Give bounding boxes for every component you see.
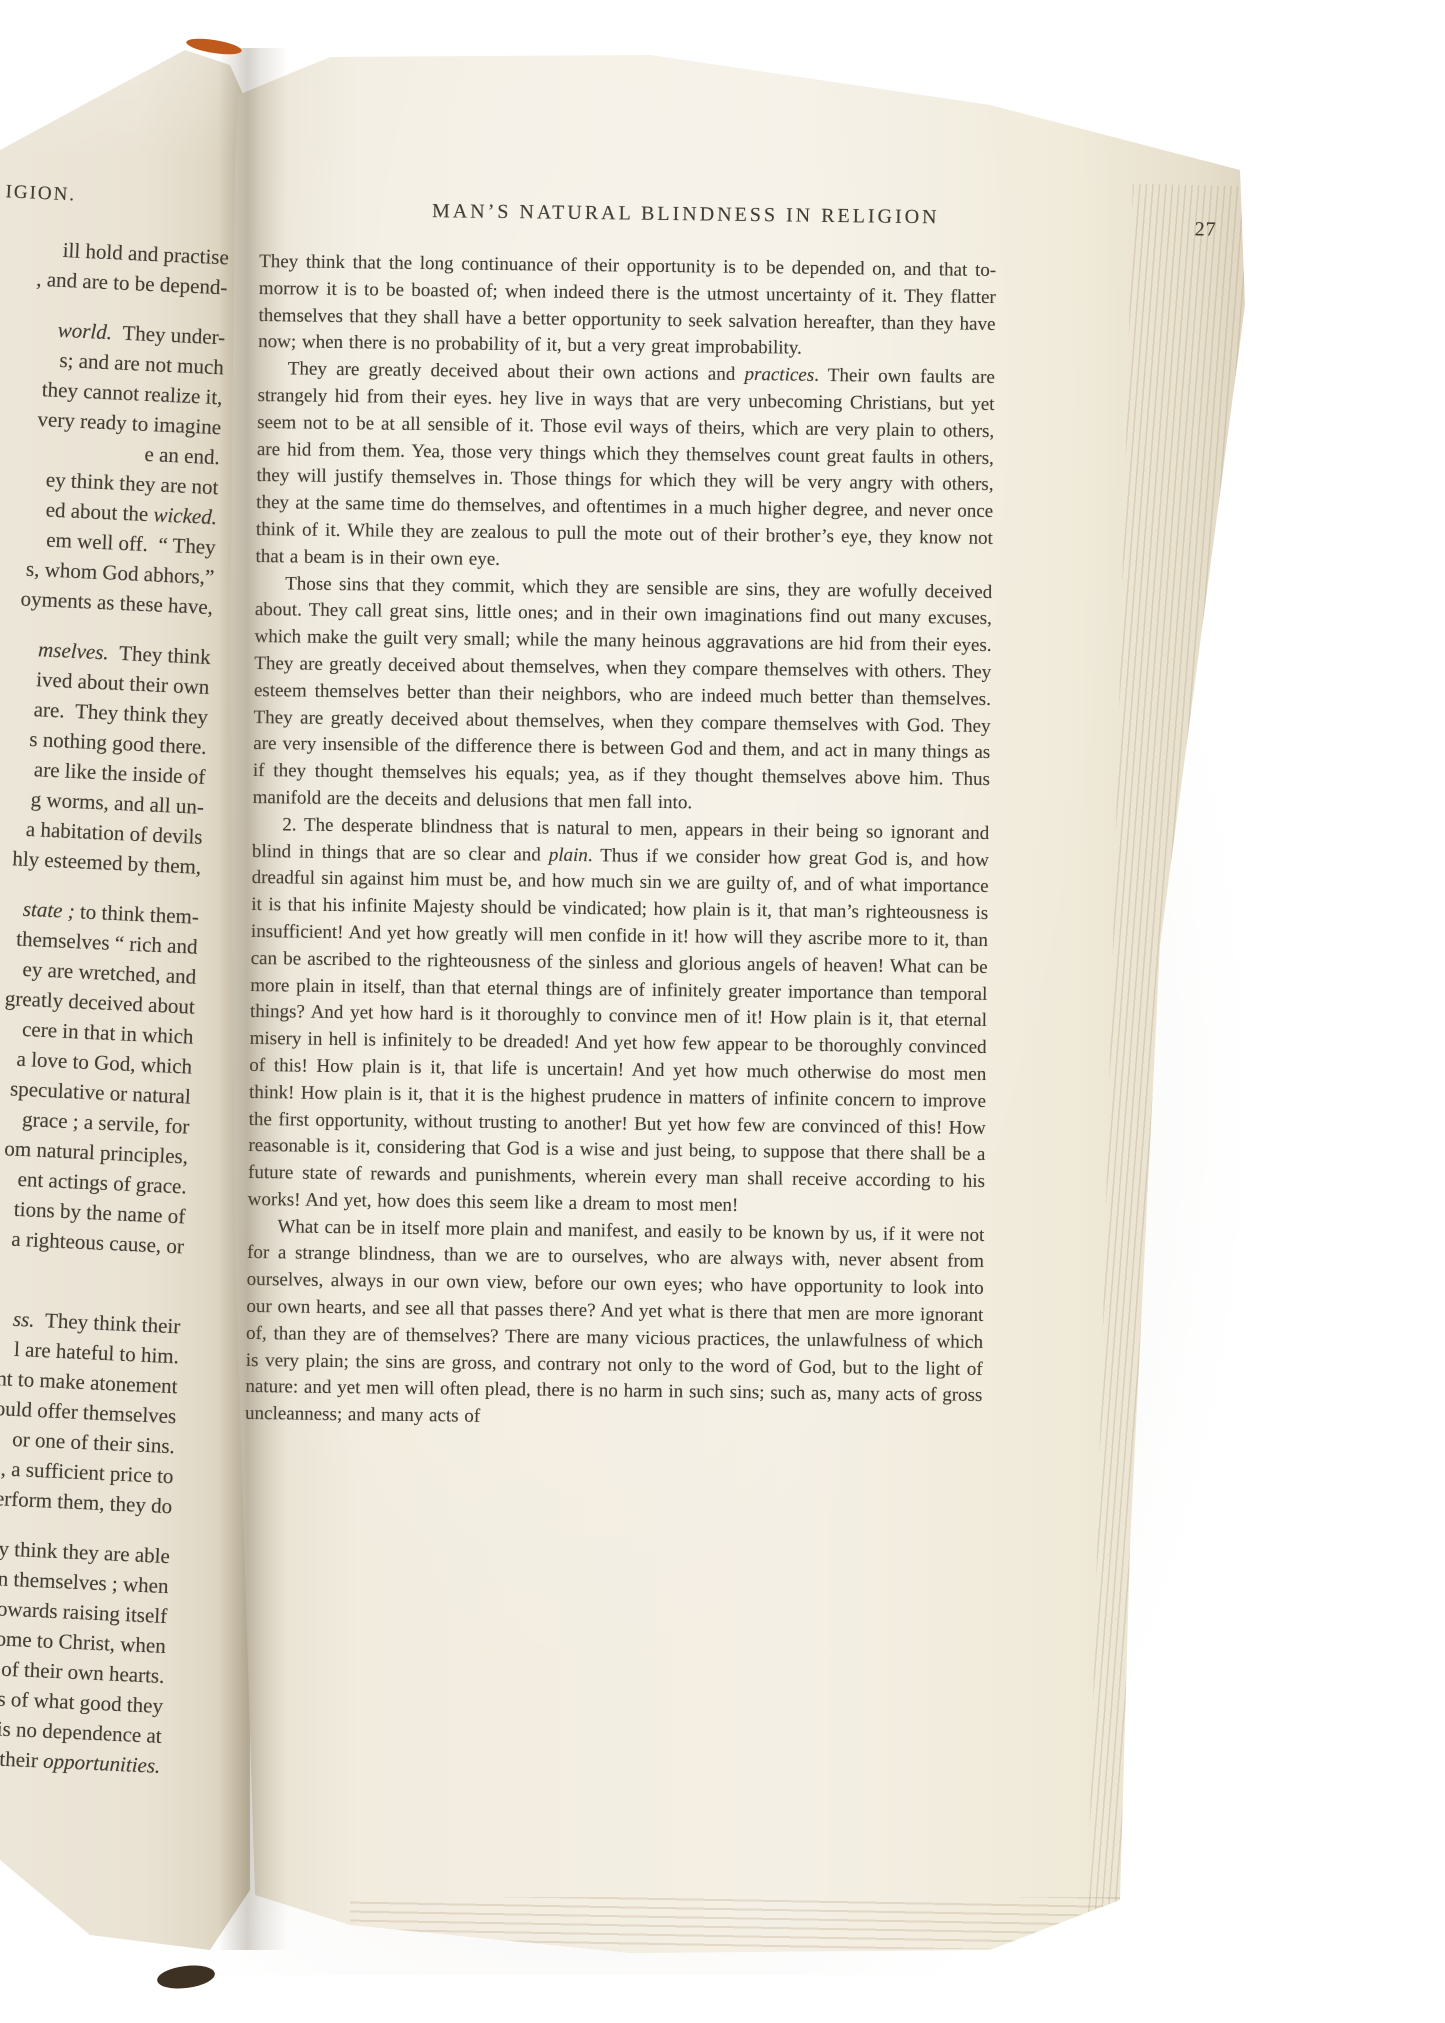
paragraph: What can be in itself more plain and man… [245,1214,985,1437]
paragraph: Those sins that they commit, which they … [252,571,992,821]
right-page-body: They think that the long continuance of … [245,249,996,1437]
left-page: IGION. ill hold and practise, and are to… [0,40,250,1975]
running-header-row: MAN’S NATURAL BLINDNESS IN RELIGION 27 [260,195,997,232]
paragraph: They think that the long continuance of … [258,249,996,365]
left-page-text: IGION. ill hold and practise, and are to… [0,177,242,1781]
running-header: MAN’S NATURAL BLINDNESS IN RELIGION [432,200,940,228]
paragraph: They are greatly deceived about their ow… [255,356,995,579]
paragraph: 2. The desperate blindness that is natur… [248,812,990,1223]
book-photograph: IGION. ill hold and practise, and are to… [0,0,1445,2023]
left-running-header-fragment: IGION. [0,177,242,218]
left-page-lines: ill hold and practise, and are to be dep… [0,232,240,1781]
right-page-text: MAN’S NATURAL BLINDNESS IN RELIGION 27 T… [245,195,997,1437]
right-page: MAN’S NATURAL BLINDNESS IN RELIGION 27 T… [230,45,1255,1960]
page-number: 27 [1194,215,1216,243]
